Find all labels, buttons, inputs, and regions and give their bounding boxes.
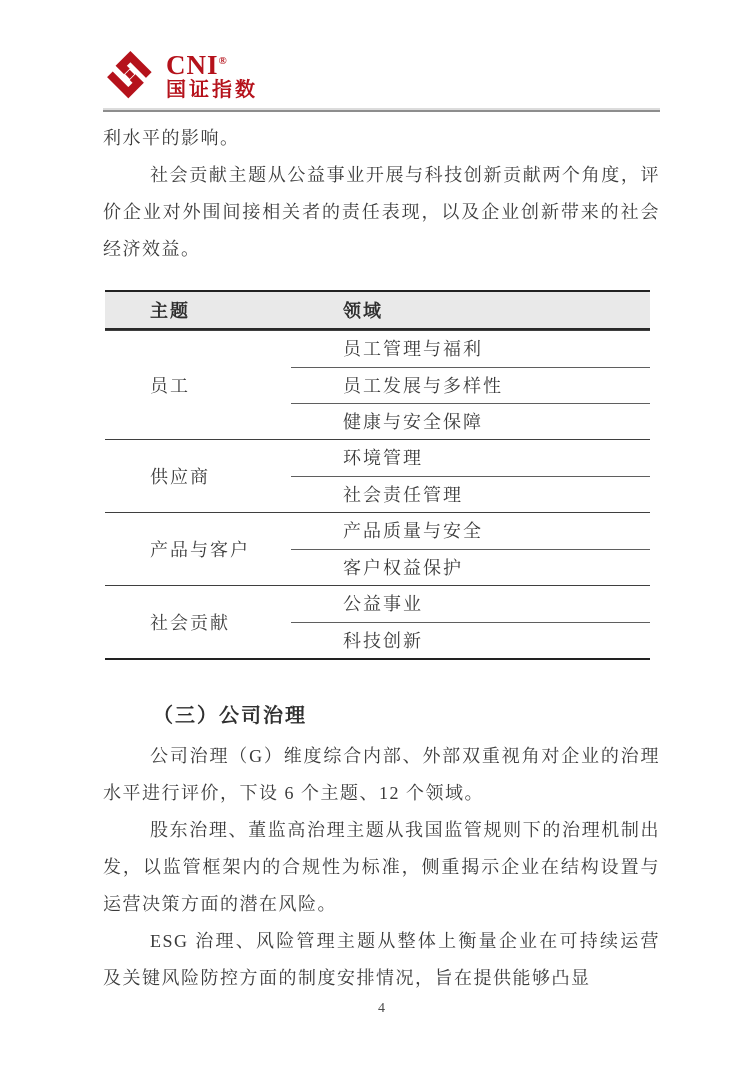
theme-cell: 员工 [105,331,291,439]
field-cell: 员工发展与多样性 [291,367,650,403]
paragraph-social-contribution: 社会贡献主题从公益事业开展与科技创新贡献两个角度，评价企业对外围间接相关者的责任… [103,157,660,268]
brand-chinese-name: 国证指数 [166,78,258,102]
table-group-supplier: 供应商 环境管理 社会责任管理 [105,439,650,512]
cni-diamond-logo-icon [103,49,155,101]
table-group-employee: 员工 员工管理与福利 员工发展与多样性 健康与安全保障 [105,330,650,439]
document-page: CNI® 国证指数 利水平的影响。 社会贡献主题从公益事业开展与科技创新贡献两个… [0,0,756,1068]
table-header-row: 主题 领域 [105,292,650,330]
field-cell: 产品质量与安全 [291,513,650,549]
registered-mark: ® [219,55,228,67]
field-cell: 社会责任管理 [291,476,650,512]
paragraph-esg-risk: ESG 治理、风险管理主题从整体上衡量企业在可持续运营及关键风险防控方面的制度安… [103,923,660,997]
theme-cell: 供应商 [105,440,291,512]
paragraph-continuation: 利水平的影响。 [103,120,660,157]
table-group-product-customer: 产品与客户 产品质量与安全 客户权益保护 [105,512,650,585]
paragraph-governance-intro: 公司治理（G）维度综合内部、外部双重视角对企业的治理水平进行评价，下设 6 个主… [103,738,660,812]
field-cell: 健康与安全保障 [291,403,650,439]
field-cell: 员工管理与福利 [291,331,650,367]
field-cell: 科技创新 [291,622,650,658]
header-logo: CNI® 国证指数 [103,46,660,104]
page-number: 4 [103,999,660,1019]
field-cell: 环境管理 [291,440,650,476]
theme-cell: 产品与客户 [105,513,291,585]
section-heading-corporate-governance: （三）公司治理 [153,702,660,730]
field-cell: 公益事业 [291,586,650,622]
table-header-theme: 主题 [105,292,291,328]
brand-wordmark: CNI® [166,48,258,78]
table-header-field: 领域 [291,292,650,328]
header-divider [103,110,660,112]
paragraph-shareholder-governance: 股东治理、董监高治理主题从我国监管规则下的治理机制出发，以监管框架内的合规性为标… [103,812,660,923]
table-group-social-contribution: 社会贡献 公益事业 科技创新 [105,585,650,658]
field-cell: 客户权益保护 [291,549,650,585]
social-themes-table: 主题 领域 员工 员工管理与福利 员工发展与多样性 健康与安全保障 供应商 环境… [105,290,650,660]
theme-cell: 社会贡献 [105,586,291,658]
